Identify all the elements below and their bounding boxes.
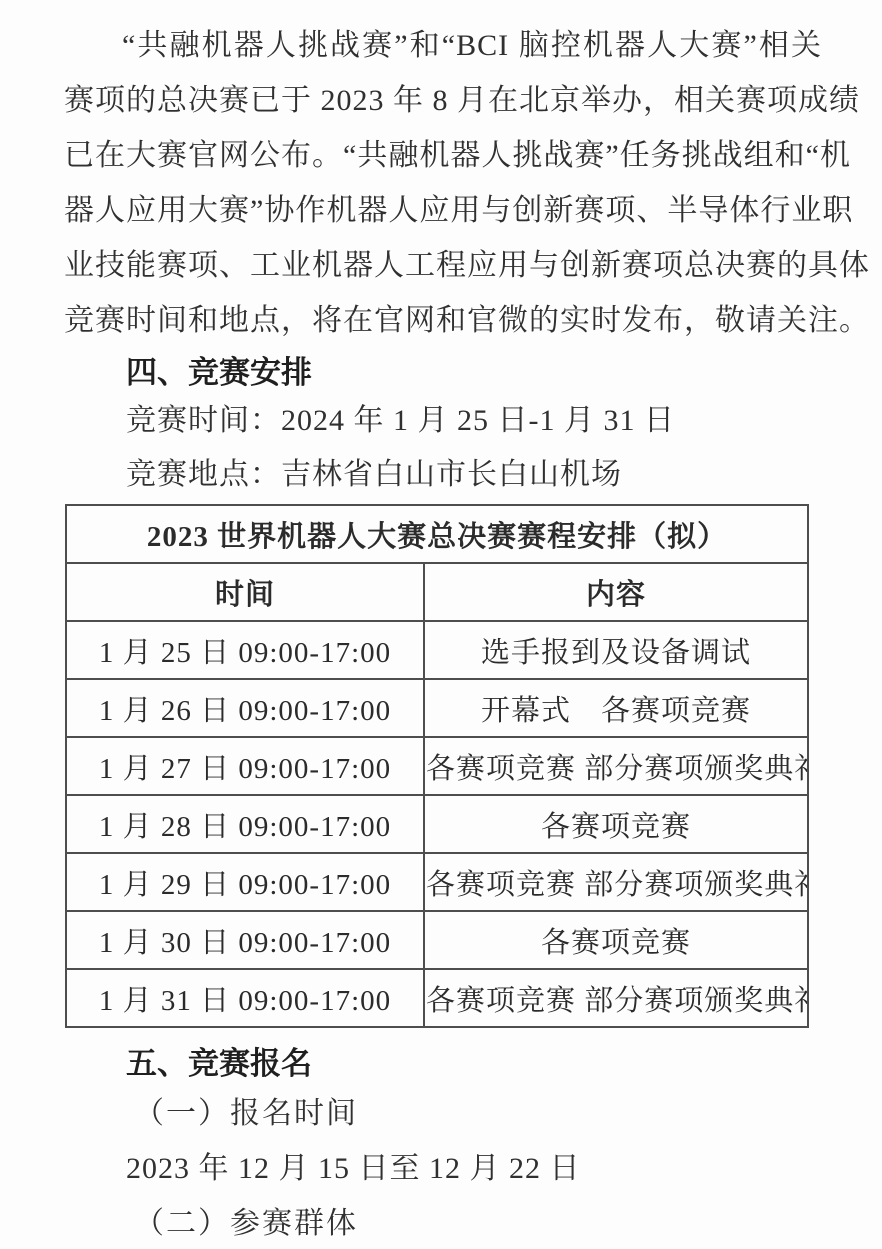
section-heading-competition-arrangement: 四、竞赛安排	[64, 352, 822, 394]
subsection-registration-time: （一）报名时间	[64, 1086, 822, 1141]
competition-time-line: 竞赛时间：2024 年 1 月 25 日-1 月 31 日	[64, 394, 822, 448]
paragraph-line: 竞赛时间和地点，将在官网和官微的实时发布，敬请关注。	[64, 293, 822, 348]
content-cell: 各赛项竞赛	[424, 911, 808, 969]
time-cell: 1 月 29 日 09:00-17:00	[66, 853, 424, 911]
document-page: “共融机器人挑战赛”和“BCI 脑控机器人大赛”相关 赛项的总决赛已于 2023…	[0, 0, 882, 1249]
paragraph-line: 业技能赛项、工业机器人工程应用与创新赛项总决赛的具体	[64, 238, 822, 293]
intro-paragraph: “共融机器人挑战赛”和“BCI 脑控机器人大赛”相关 赛项的总决赛已于 2023…	[64, 18, 822, 348]
time-cell: 1 月 25 日 09:00-17:00	[66, 621, 424, 679]
schedule-table: 2023 世界机器人大赛总决赛赛程安排（拟） 时间 内容 1 月 25 日 09…	[65, 504, 809, 1028]
table-row: 1 月 27 日 09:00-17:00 各赛项竞赛 部分赛项颁奖典礼	[66, 737, 808, 795]
table-row: 1 月 28 日 09:00-17:00 各赛项竞赛	[66, 795, 808, 853]
content-cell: 各赛项竞赛 部分赛项颁奖典礼	[424, 853, 808, 911]
column-header-content: 内容	[424, 563, 808, 621]
table-row: 1 月 25 日 09:00-17:00 选手报到及设备调试	[66, 621, 808, 679]
table-row: 1 月 26 日 09:00-17:00 开幕式 各赛项竞赛	[66, 679, 808, 737]
time-cell: 1 月 31 日 09:00-17:00	[66, 969, 424, 1027]
table-row: 1 月 30 日 09:00-17:00 各赛项竞赛	[66, 911, 808, 969]
section-heading-registration: 五、竞赛报名	[64, 1042, 822, 1086]
time-cell: 1 月 28 日 09:00-17:00	[66, 795, 424, 853]
content-cell: 选手报到及设备调试	[424, 621, 808, 679]
paragraph-line: 已在大赛官网公布。“共融机器人挑战赛”任务挑战组和“机	[64, 128, 822, 183]
table-row: 1 月 31 日 09:00-17:00 各赛项竞赛 部分赛项颁奖典礼	[66, 969, 808, 1027]
subsection-participant-groups: （二）参赛群体	[64, 1196, 822, 1249]
table-row: 1 月 29 日 09:00-17:00 各赛项竞赛 部分赛项颁奖典礼	[66, 853, 808, 911]
table-header-row: 时间 内容	[66, 563, 808, 621]
table-title-row: 2023 世界机器人大赛总决赛赛程安排（拟）	[66, 505, 808, 563]
content-cell: 各赛项竞赛	[424, 795, 808, 853]
column-header-time: 时间	[66, 563, 424, 621]
time-cell: 1 月 27 日 09:00-17:00	[66, 737, 424, 795]
registration-date-line: 2023 年 12 月 15 日至 12 月 22 日	[64, 1141, 822, 1196]
content-cell: 开幕式 各赛项竞赛	[424, 679, 808, 737]
paragraph-line: 赛项的总决赛已于 2023 年 8 月在北京举办，相关赛项成绩	[64, 73, 822, 128]
content-cell: 各赛项竞赛 部分赛项颁奖典礼	[424, 969, 808, 1027]
paragraph-line: 器人应用大赛”协作机器人应用与创新赛项、半导体行业职	[64, 183, 822, 238]
paragraph-line: “共融机器人挑战赛”和“BCI 脑控机器人大赛”相关	[64, 18, 822, 73]
competition-place-line: 竞赛地点：吉林省白山市长白山机场	[64, 448, 822, 502]
time-cell: 1 月 26 日 09:00-17:00	[66, 679, 424, 737]
time-cell: 1 月 30 日 09:00-17:00	[66, 911, 424, 969]
content-cell: 各赛项竞赛 部分赛项颁奖典礼	[424, 737, 808, 795]
table-title: 2023 世界机器人大赛总决赛赛程安排（拟）	[66, 505, 808, 563]
